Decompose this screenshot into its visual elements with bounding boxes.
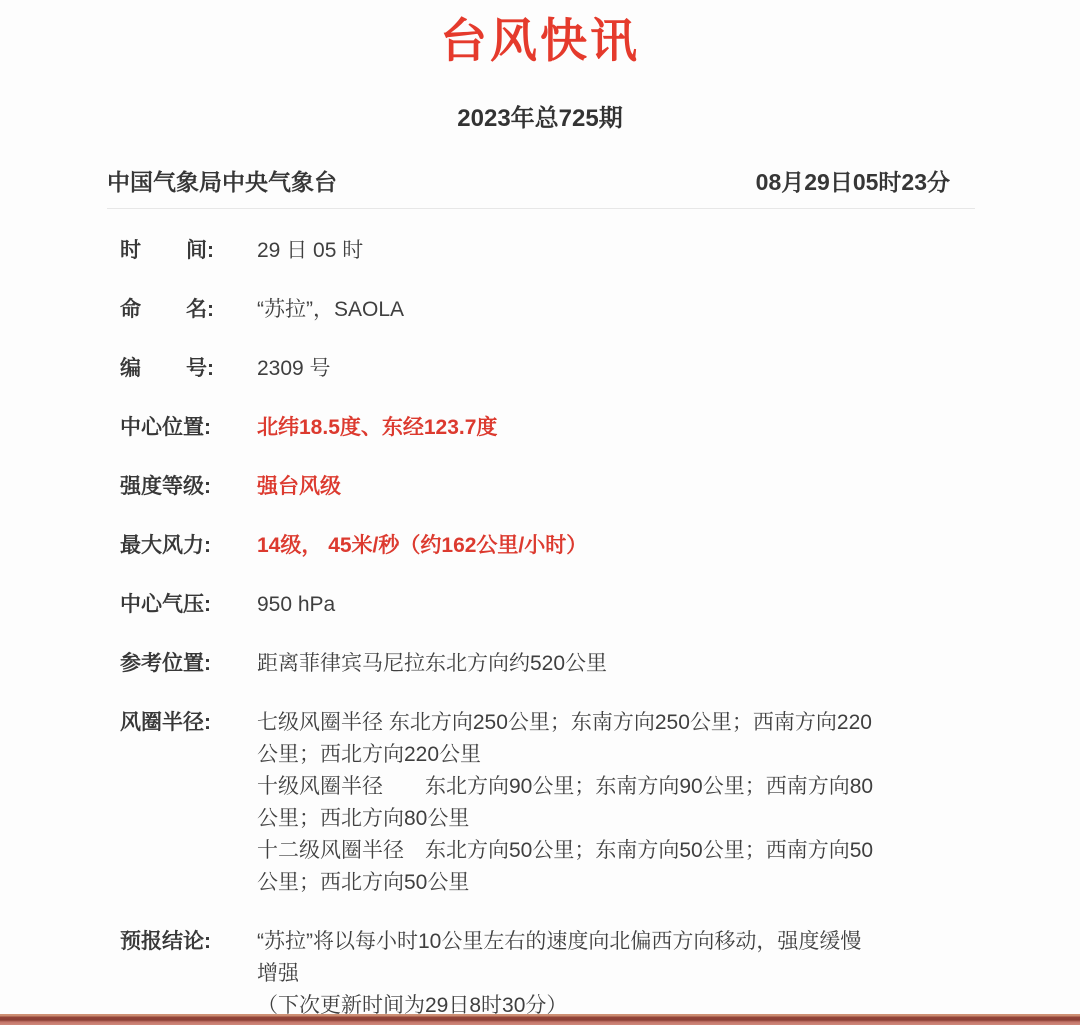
field-label: 中心位置: — [120, 412, 214, 444]
field-row: 时间:29 日 05 时 — [120, 235, 1080, 267]
field-value: 强台风级 — [257, 471, 341, 503]
field-value: “苏拉”将以每小时10公里左右的速度向北偏西方向移动，强度缓慢增强（下次更新时间… — [257, 926, 861, 1022]
field-value: 距离菲律宾马尼拉东北方向约520公里 — [257, 648, 607, 680]
field-label: 预报结论: — [120, 926, 214, 1022]
field-label: 风圈半径: — [120, 707, 214, 899]
field-value: 七级风圈半径 东北方向250公里；东南方向250公里；西南方向220公里；西北方… — [257, 707, 873, 899]
masthead: 中国气象局中央气象台 08月29日05时23分 — [107, 168, 950, 196]
field-row: 中心位置:北纬18.5度、东经123.7度 — [120, 412, 1080, 444]
field-label: 命名: — [120, 294, 214, 326]
field-value: 14级， 45米/秒（约162公里/小时） — [257, 530, 587, 562]
field-value: 29 日 05 时 — [257, 235, 363, 267]
field-row: 命名:“苏拉”，SAOLA — [120, 294, 1080, 326]
field-row: 最大风力:14级， 45米/秒（约162公里/小时） — [120, 530, 1080, 562]
page-title: 台风快讯 — [0, 0, 1080, 70]
field-value: 950 hPa — [257, 589, 335, 621]
field-value: 北纬18.5度、东经123.7度 — [257, 412, 497, 444]
field-row: 预报结论:“苏拉”将以每小时10公里左右的速度向北偏西方向移动，强度缓慢增强（下… — [120, 926, 1080, 1022]
agency-name: 中国气象局中央气象台 — [107, 168, 337, 196]
field-label: 参考位置: — [120, 648, 214, 680]
field-row: 强度等级:强台风级 — [120, 471, 1080, 503]
fields-list: 时间:29 日 05 时命名:“苏拉”，SAOLA编号:2309 号中心位置:北… — [120, 235, 1080, 1022]
field-label: 中心气压: — [120, 589, 214, 621]
field-row: 中心气压:950 hPa — [120, 589, 1080, 621]
header-divider — [107, 208, 975, 209]
publish-datetime: 08月29日05时23分 — [756, 168, 950, 196]
field-label: 编号: — [120, 353, 214, 385]
footer-bar — [0, 1014, 1080, 1025]
field-label: 最大风力: — [120, 530, 214, 562]
field-row: 参考位置:距离菲律宾马尼拉东北方向约520公里 — [120, 648, 1080, 680]
issue-number: 2023年总725期 — [0, 104, 1080, 134]
field-row: 编号:2309 号 — [120, 353, 1080, 385]
field-value: “苏拉”，SAOLA — [257, 294, 404, 326]
field-row: 风圈半径:七级风圈半径 东北方向250公里；东南方向250公里；西南方向220公… — [120, 707, 1080, 899]
field-label: 时间: — [120, 235, 214, 267]
field-value: 2309 号 — [257, 353, 331, 385]
field-label: 强度等级: — [120, 471, 214, 503]
